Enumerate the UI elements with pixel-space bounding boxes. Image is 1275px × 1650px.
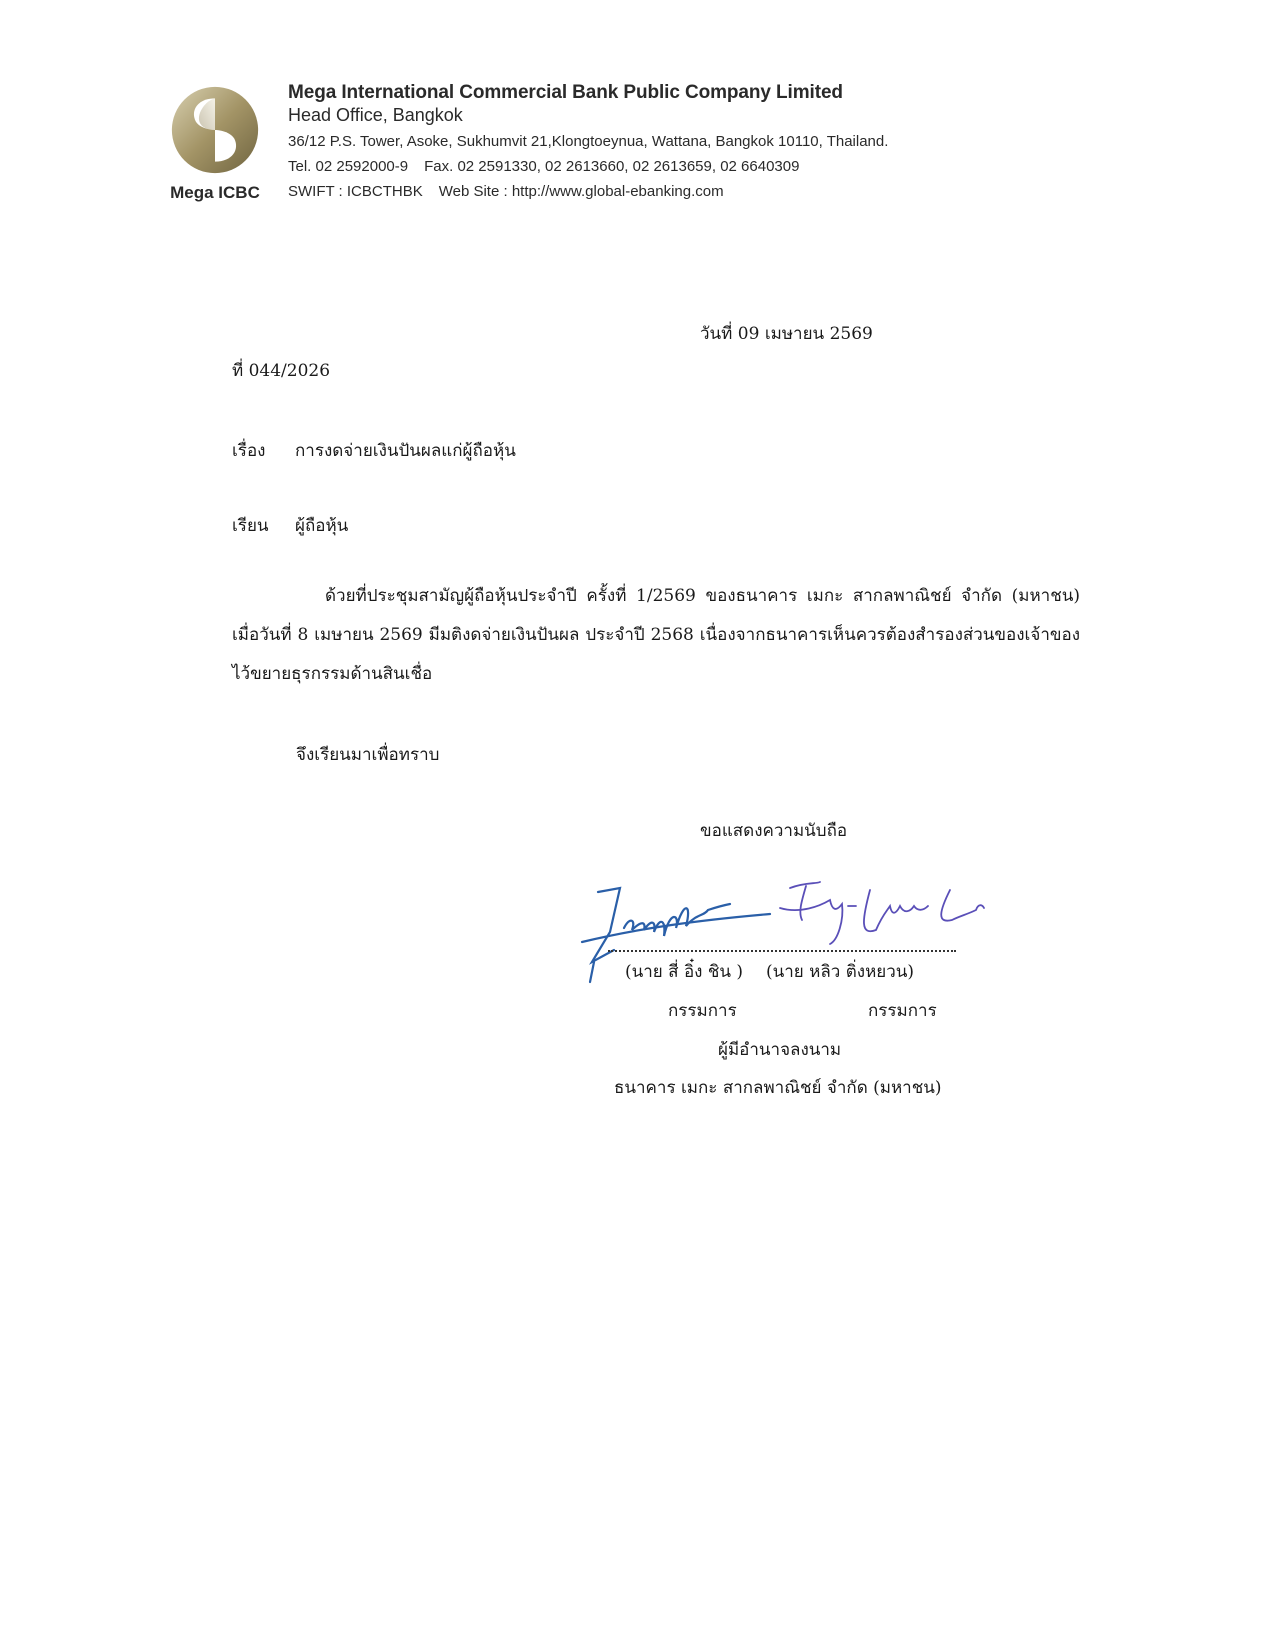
logo-text: Mega ICBC bbox=[165, 183, 265, 203]
company-tel: Tel. 02 2592000-9 bbox=[288, 158, 408, 175]
letter-date: วันที่ 09 เมษายน 2569 bbox=[700, 320, 873, 347]
letterhead: Mega ICBC Mega International Commercial … bbox=[165, 82, 1065, 212]
company-website: Web Site : http://www.global-ebanking.co… bbox=[439, 183, 724, 200]
company-address: 36/12 P.S. Tower, Asoke, Sukhumvit 21,Kl… bbox=[288, 129, 888, 154]
subject-text: การงดจ่ายเงินปันผลแก่ผู้ถือหุ้น bbox=[295, 441, 516, 461]
company-contact: Tel. 02 2592000-9Fax. 02 2591330, 02 261… bbox=[288, 154, 888, 179]
letter-body-text: ด้วยที่ประชุมสามัญผู้ถือหุ้นประจำปี ครั้… bbox=[232, 586, 1080, 684]
signatory-1-name: (นาย สี่ อิ๋ง ชิน ) bbox=[625, 958, 743, 985]
closing-statement: จึงเรียนมาเพื่อทราบ bbox=[296, 741, 439, 768]
recipient-label: เรียน bbox=[232, 512, 295, 539]
company-fax: Fax. 02 2591330, 02 2613660, 02 2613659,… bbox=[424, 158, 799, 175]
letter-reference: ที่ 044/2026 bbox=[232, 357, 330, 384]
company-info: Mega International Commercial Bank Publi… bbox=[288, 82, 888, 204]
letter-subject-row: เรื่องการงดจ่ายเงินปันผลแก่ผู้ถือหุ้น bbox=[232, 437, 516, 464]
signature-line bbox=[608, 950, 956, 952]
signing-authority: ผู้มีอำนาจลงนาม bbox=[718, 1036, 841, 1063]
company-swift: SWIFT : ICBCTHBK bbox=[288, 183, 423, 200]
signatory-2-name: (นาย หลิว ติ่งหยวน) bbox=[766, 958, 914, 985]
bank-name-thai: ธนาคาร เมกะ สากลพาณิชย์ จำกัด (มหาชน) bbox=[614, 1074, 942, 1101]
closing-salutation: ขอแสดงความนับถือ bbox=[700, 817, 847, 844]
mega-icbc-logo-icon bbox=[171, 86, 259, 174]
signature-2-icon bbox=[780, 882, 984, 944]
subject-label: เรื่อง bbox=[232, 437, 295, 464]
letter-body: ด้วยที่ประชุมสามัญผู้ถือหุ้นประจำปี ครั้… bbox=[232, 577, 1080, 694]
signatures bbox=[580, 880, 1040, 1030]
recipient-text: ผู้ถือหุ้น bbox=[295, 516, 348, 536]
company-office: Head Office, Bangkok bbox=[288, 104, 888, 126]
company-web: SWIFT : ICBCTHBKWeb Site : http://www.gl… bbox=[288, 179, 888, 204]
signatory-1-title: กรรมการ bbox=[668, 997, 737, 1024]
company-name: Mega International Commercial Bank Publi… bbox=[288, 82, 888, 104]
signatory-2-title: กรรมการ bbox=[868, 997, 937, 1024]
letter-recipient-row: เรียนผู้ถือหุ้น bbox=[232, 512, 348, 539]
